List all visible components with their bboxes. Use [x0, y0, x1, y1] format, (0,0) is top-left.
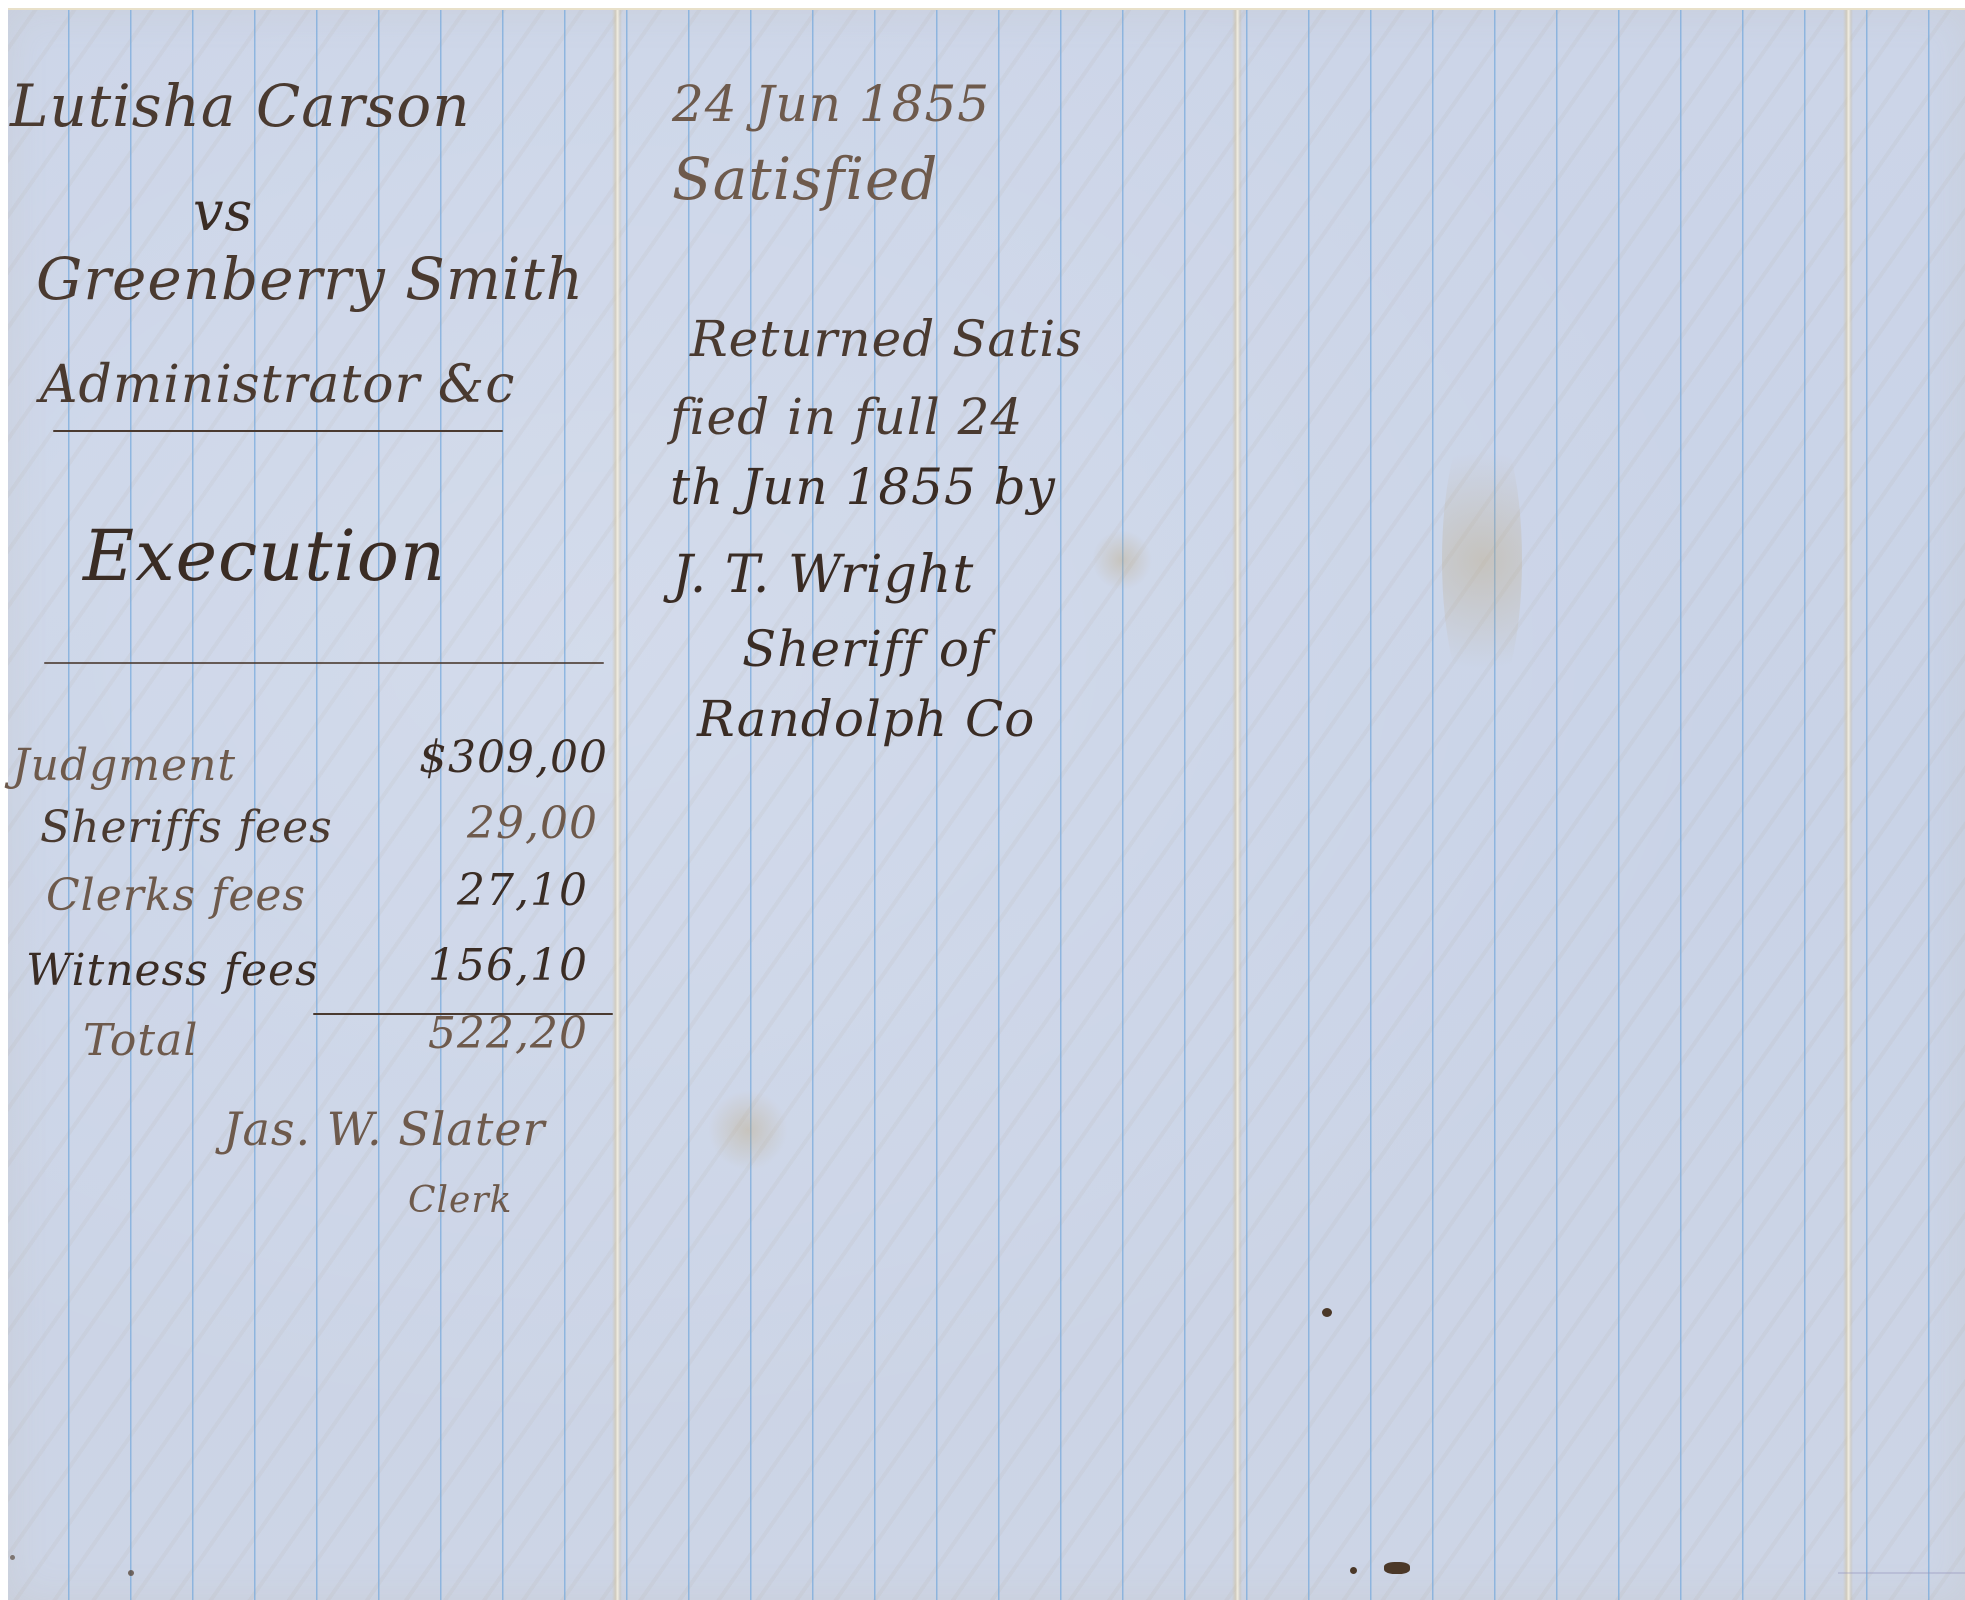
title-divider	[44, 662, 604, 664]
versus-label: vs	[193, 180, 253, 243]
fee-label: Judgment	[12, 740, 236, 791]
total-label: Total	[83, 1015, 198, 1066]
fold-crease-2	[1232, 10, 1242, 1600]
return-line: fied in full 24	[670, 388, 1023, 446]
fold-crease-1	[612, 10, 622, 1600]
plaintiff-name: Lutisha Carson	[10, 72, 471, 140]
foxing-spot	[10, 1555, 15, 1560]
defendant-role: Administrator &c	[40, 355, 515, 415]
fee-label: Sheriffs fees	[40, 802, 333, 853]
return-line: Returned Satis	[690, 310, 1083, 368]
fold-crease-3	[1843, 10, 1853, 1600]
clerk-title: Clerk	[408, 1180, 512, 1221]
ink-smudge	[1092, 530, 1152, 590]
satisfaction-date: 24 Jun 1855	[672, 75, 990, 133]
fee-label: Witness fees	[26, 945, 319, 996]
county-name: Randolph Co	[697, 690, 1035, 748]
fee-label: Clerks fees	[46, 870, 306, 921]
foxing-spot	[128, 1570, 134, 1576]
document-title: Execution	[83, 515, 446, 597]
fee-amount: 27,10	[388, 865, 588, 916]
caption-underline	[53, 430, 503, 432]
total-amount: 522,20	[368, 1008, 588, 1059]
ink-spot	[1322, 1308, 1332, 1317]
ink-blot	[1384, 1562, 1410, 1574]
clerk-signature: Jas. W. Slater	[223, 1102, 546, 1156]
fee-amount: 29,00	[388, 798, 598, 849]
defendant-name: Greenberry Smith	[36, 245, 584, 313]
fee-amount: 156,10	[368, 940, 588, 991]
fee-amount: $309,00	[378, 732, 608, 783]
edge-panel	[1853, 10, 1965, 1600]
right-panel	[1242, 10, 1842, 1600]
sheriff-signature: J. T. Wright	[672, 545, 974, 605]
water-stain	[1442, 410, 1522, 710]
sheriff-title: Sheriff of	[742, 620, 989, 678]
satisfaction-status: Satisfied	[672, 145, 938, 213]
document-sheet: Lutisha Carson vs Greenberry Smith Admin…	[8, 8, 1965, 1600]
foxing-stain	[708, 1090, 788, 1170]
ink-spot	[1350, 1567, 1357, 1574]
return-line: th Jun 1855 by	[670, 458, 1056, 516]
left-panel: Lutisha Carson vs Greenberry Smith Admin…	[8, 10, 612, 1600]
middle-panel: 24 Jun 1855 Satisfied Returned Satis fie…	[622, 10, 1232, 1600]
